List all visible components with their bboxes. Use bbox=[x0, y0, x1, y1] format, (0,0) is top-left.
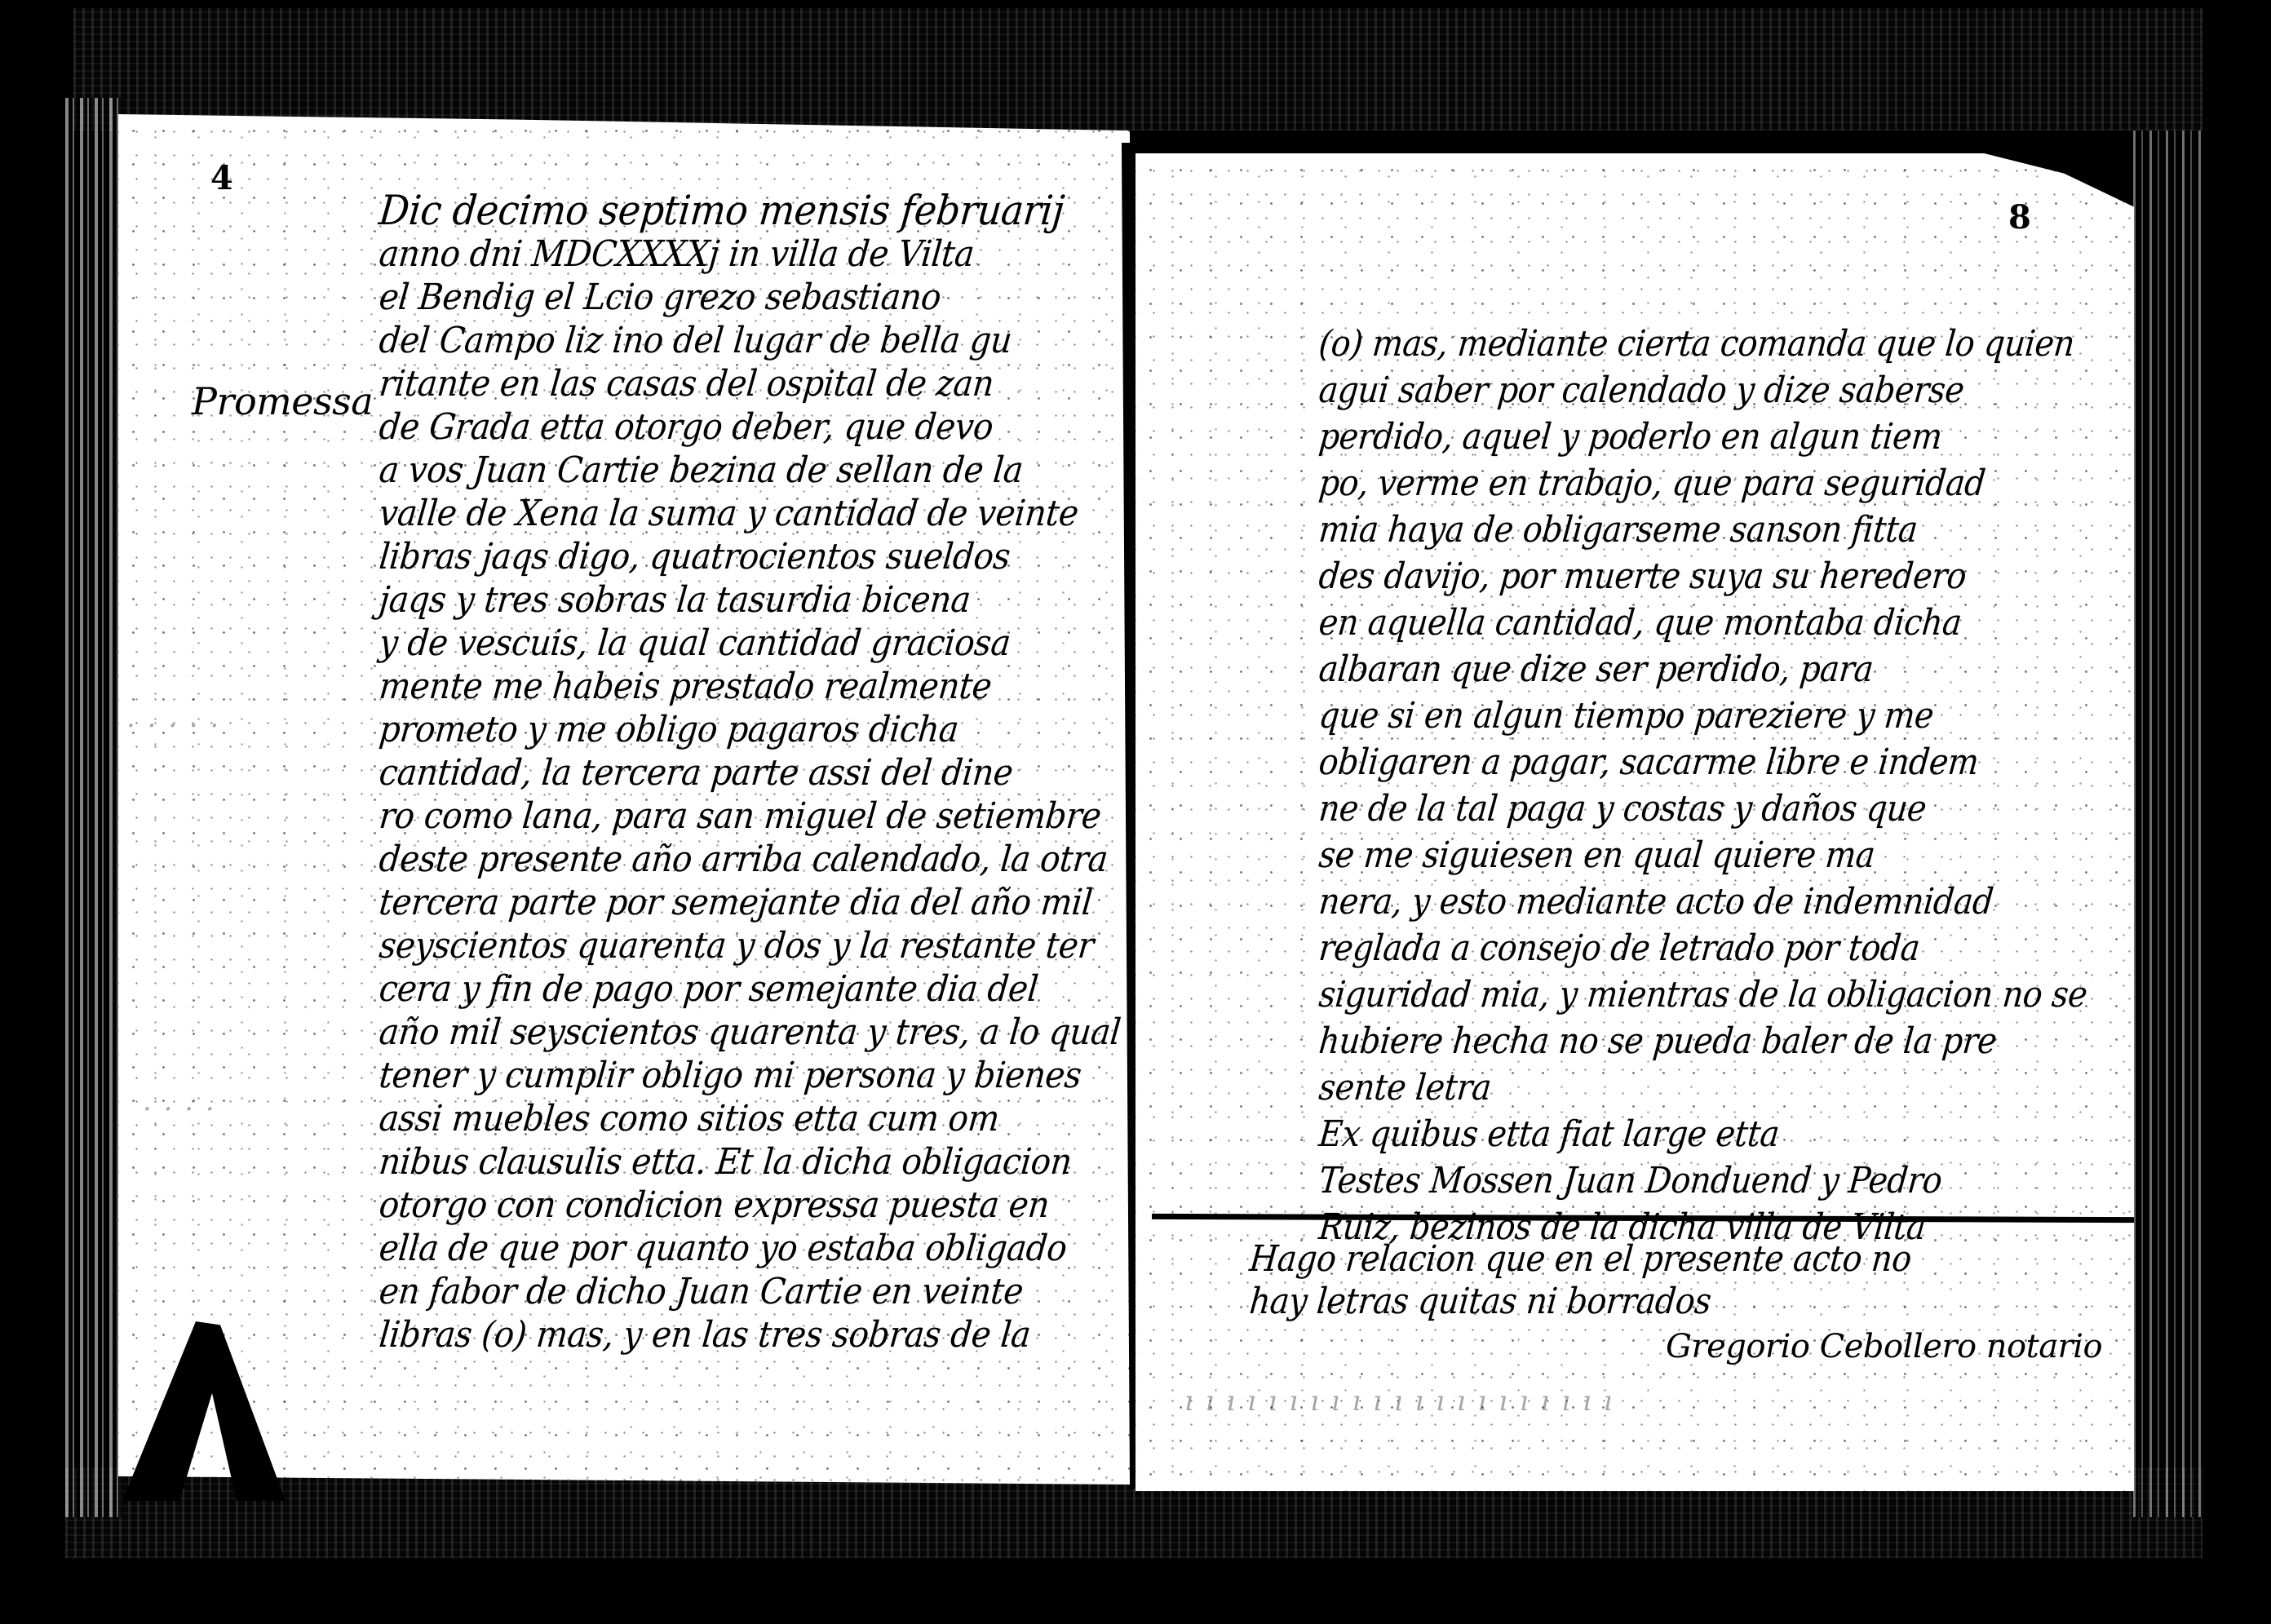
binding-edge-right bbox=[2133, 131, 2207, 1517]
text-line: del Campo liz ino del lugar de bella gu bbox=[377, 319, 1056, 362]
text-line: Dic decimo septimo mensis februarij bbox=[377, 189, 1056, 232]
text-line: hubiere hecha no se pueda baler de la pr… bbox=[1317, 1018, 2025, 1064]
text-line: cantidad, la tercera parte assi del dine bbox=[377, 751, 1056, 794]
bleed-through-text: ı ı ı ı ı ı ı ı ı ı ı ı ı ı ı ı ı ı ı ı … bbox=[1184, 1385, 1614, 1418]
text-line: des davijo, por muerte suya su heredero bbox=[1317, 553, 2025, 600]
text-line: libras (o) mas, y en las tres sobras de … bbox=[377, 1313, 1056, 1356]
left-page-body: Dic decimo septimo mensis februarij anno… bbox=[379, 189, 1113, 1356]
text-line: mente me habeis prestado realmente bbox=[377, 665, 1056, 708]
text-line: se me siguiesen en qual quiere ma bbox=[1317, 832, 2025, 878]
text-line: po, verme en trabajo, que para seguridad bbox=[1317, 460, 2025, 507]
text-line: nera, y esto mediante acto de indemnidad bbox=[1317, 878, 2025, 925]
text-line: reglada a consejo de letrado por toda bbox=[1317, 925, 2025, 971]
bleed-through-text: · · · · · bbox=[126, 710, 220, 742]
folio-number-right: 8 bbox=[2008, 198, 2030, 237]
text-line: ritante en las casas del ospital de zan bbox=[377, 362, 1056, 405]
text-line: perdido, aquel y poderlo en algun tiem bbox=[1317, 414, 2025, 460]
left-page: 4 Promessa · · · · · · · · · Dic decimo … bbox=[118, 114, 1130, 1485]
text-line: Ex quibus etta fiat large etta bbox=[1317, 1111, 2025, 1157]
bleed-through-text: · · · · bbox=[143, 1093, 216, 1126]
margin-note-promessa: Promessa bbox=[192, 379, 373, 423]
text-line: de Grada etta otorgo deber, que devo bbox=[377, 405, 1056, 449]
right-page-body: (o) mas, mediante cierta comanda que lo … bbox=[1319, 321, 2102, 1250]
text-line: cera y fin de pago por semejante dia del bbox=[377, 967, 1056, 1011]
text-line: prometo y me obligo pagaros dicha bbox=[377, 708, 1056, 751]
text-line: año mil seyscientos quarenta y tres, a l… bbox=[377, 1011, 1056, 1054]
text-line: sente letra bbox=[1317, 1064, 2025, 1111]
text-line: obligaren a pagar, sacarme libre e indem bbox=[1317, 739, 2025, 785]
text-line: valle de Xena la suma y cantidad de vein… bbox=[377, 492, 1056, 535]
text-line: en fabor de dicho Juan Cartie en veinte bbox=[377, 1270, 1056, 1313]
binding-edge-left bbox=[65, 98, 122, 1517]
text-line: nibus clausulis etta. Et la dicha obliga… bbox=[377, 1140, 1056, 1184]
text-line: albaran que dize ser perdido, para bbox=[1317, 646, 2025, 693]
text-line: libras jaqs digo, quatrocientos sueldos bbox=[377, 535, 1056, 578]
text-line: seyscientos quarenta y dos y la restante… bbox=[377, 924, 1056, 967]
text-line: Testes Mossen Juan Donduend y Pedro bbox=[1317, 1157, 2025, 1204]
folio-number-left: 4 bbox=[210, 159, 232, 197]
text-line: el Bendig el Lcio grezo sebastiano bbox=[377, 276, 1056, 319]
text-line: agui saber por calendado y dize saberse bbox=[1317, 367, 2025, 414]
notary-note: Hago relacion que en el presente acto no… bbox=[1250, 1238, 2065, 1323]
scanned-spread: 4 Promessa · · · · · · · · · Dic decimo … bbox=[0, 0, 2271, 1624]
text-line: ne de la tal paga y costas y daños que bbox=[1317, 785, 2025, 832]
text-line: deste presente año arriba calendado, la … bbox=[377, 838, 1056, 881]
text-line: anno dni MDCXXXXj in villa de Vilta bbox=[377, 232, 1056, 276]
text-line: hay letras quitas ni borrados bbox=[1248, 1281, 1986, 1323]
text-line: ro como lana, para san miguel de setiemb… bbox=[377, 794, 1056, 838]
text-line: tener y cumplir obligo mi persona y bien… bbox=[377, 1054, 1056, 1097]
notary-signature: Gregorio Cebollero notario bbox=[1666, 1328, 2102, 1365]
text-line: siguridad mia, y mientras de la obligaci… bbox=[1317, 971, 2025, 1018]
text-line: Hago relacion que en el presente acto no bbox=[1248, 1238, 1986, 1281]
text-line: assi muebles como sitios etta cum om bbox=[377, 1097, 1056, 1140]
text-line: otorgo con condicion expressa puesta en bbox=[377, 1184, 1056, 1227]
text-line: mia haya de obligarseme sanson fitta bbox=[1317, 507, 2025, 553]
text-line: (o) mas, mediante cierta comanda que lo … bbox=[1317, 321, 2025, 367]
binding-edge-top bbox=[73, 8, 2202, 131]
text-line: que si en algun tiempo pareziere y me bbox=[1317, 693, 2025, 739]
right-page: 8 (o) mas, mediante cierta comanda que l… bbox=[1135, 153, 2134, 1491]
text-line: a vos Juan Cartie bezina de sellan de la bbox=[377, 449, 1056, 492]
text-line: en aquella cantidad, que montaba dicha bbox=[1317, 600, 2025, 646]
text-line: jaqs y tres sobras la tasurdia bicena bbox=[377, 578, 1056, 622]
text-line: tercera parte por semejante dia del año … bbox=[377, 881, 1056, 924]
text-line: y de vescuis, la qual cantidad graciosa bbox=[377, 622, 1056, 665]
text-line: ella de que por quanto yo estaba obligad… bbox=[377, 1227, 1056, 1270]
